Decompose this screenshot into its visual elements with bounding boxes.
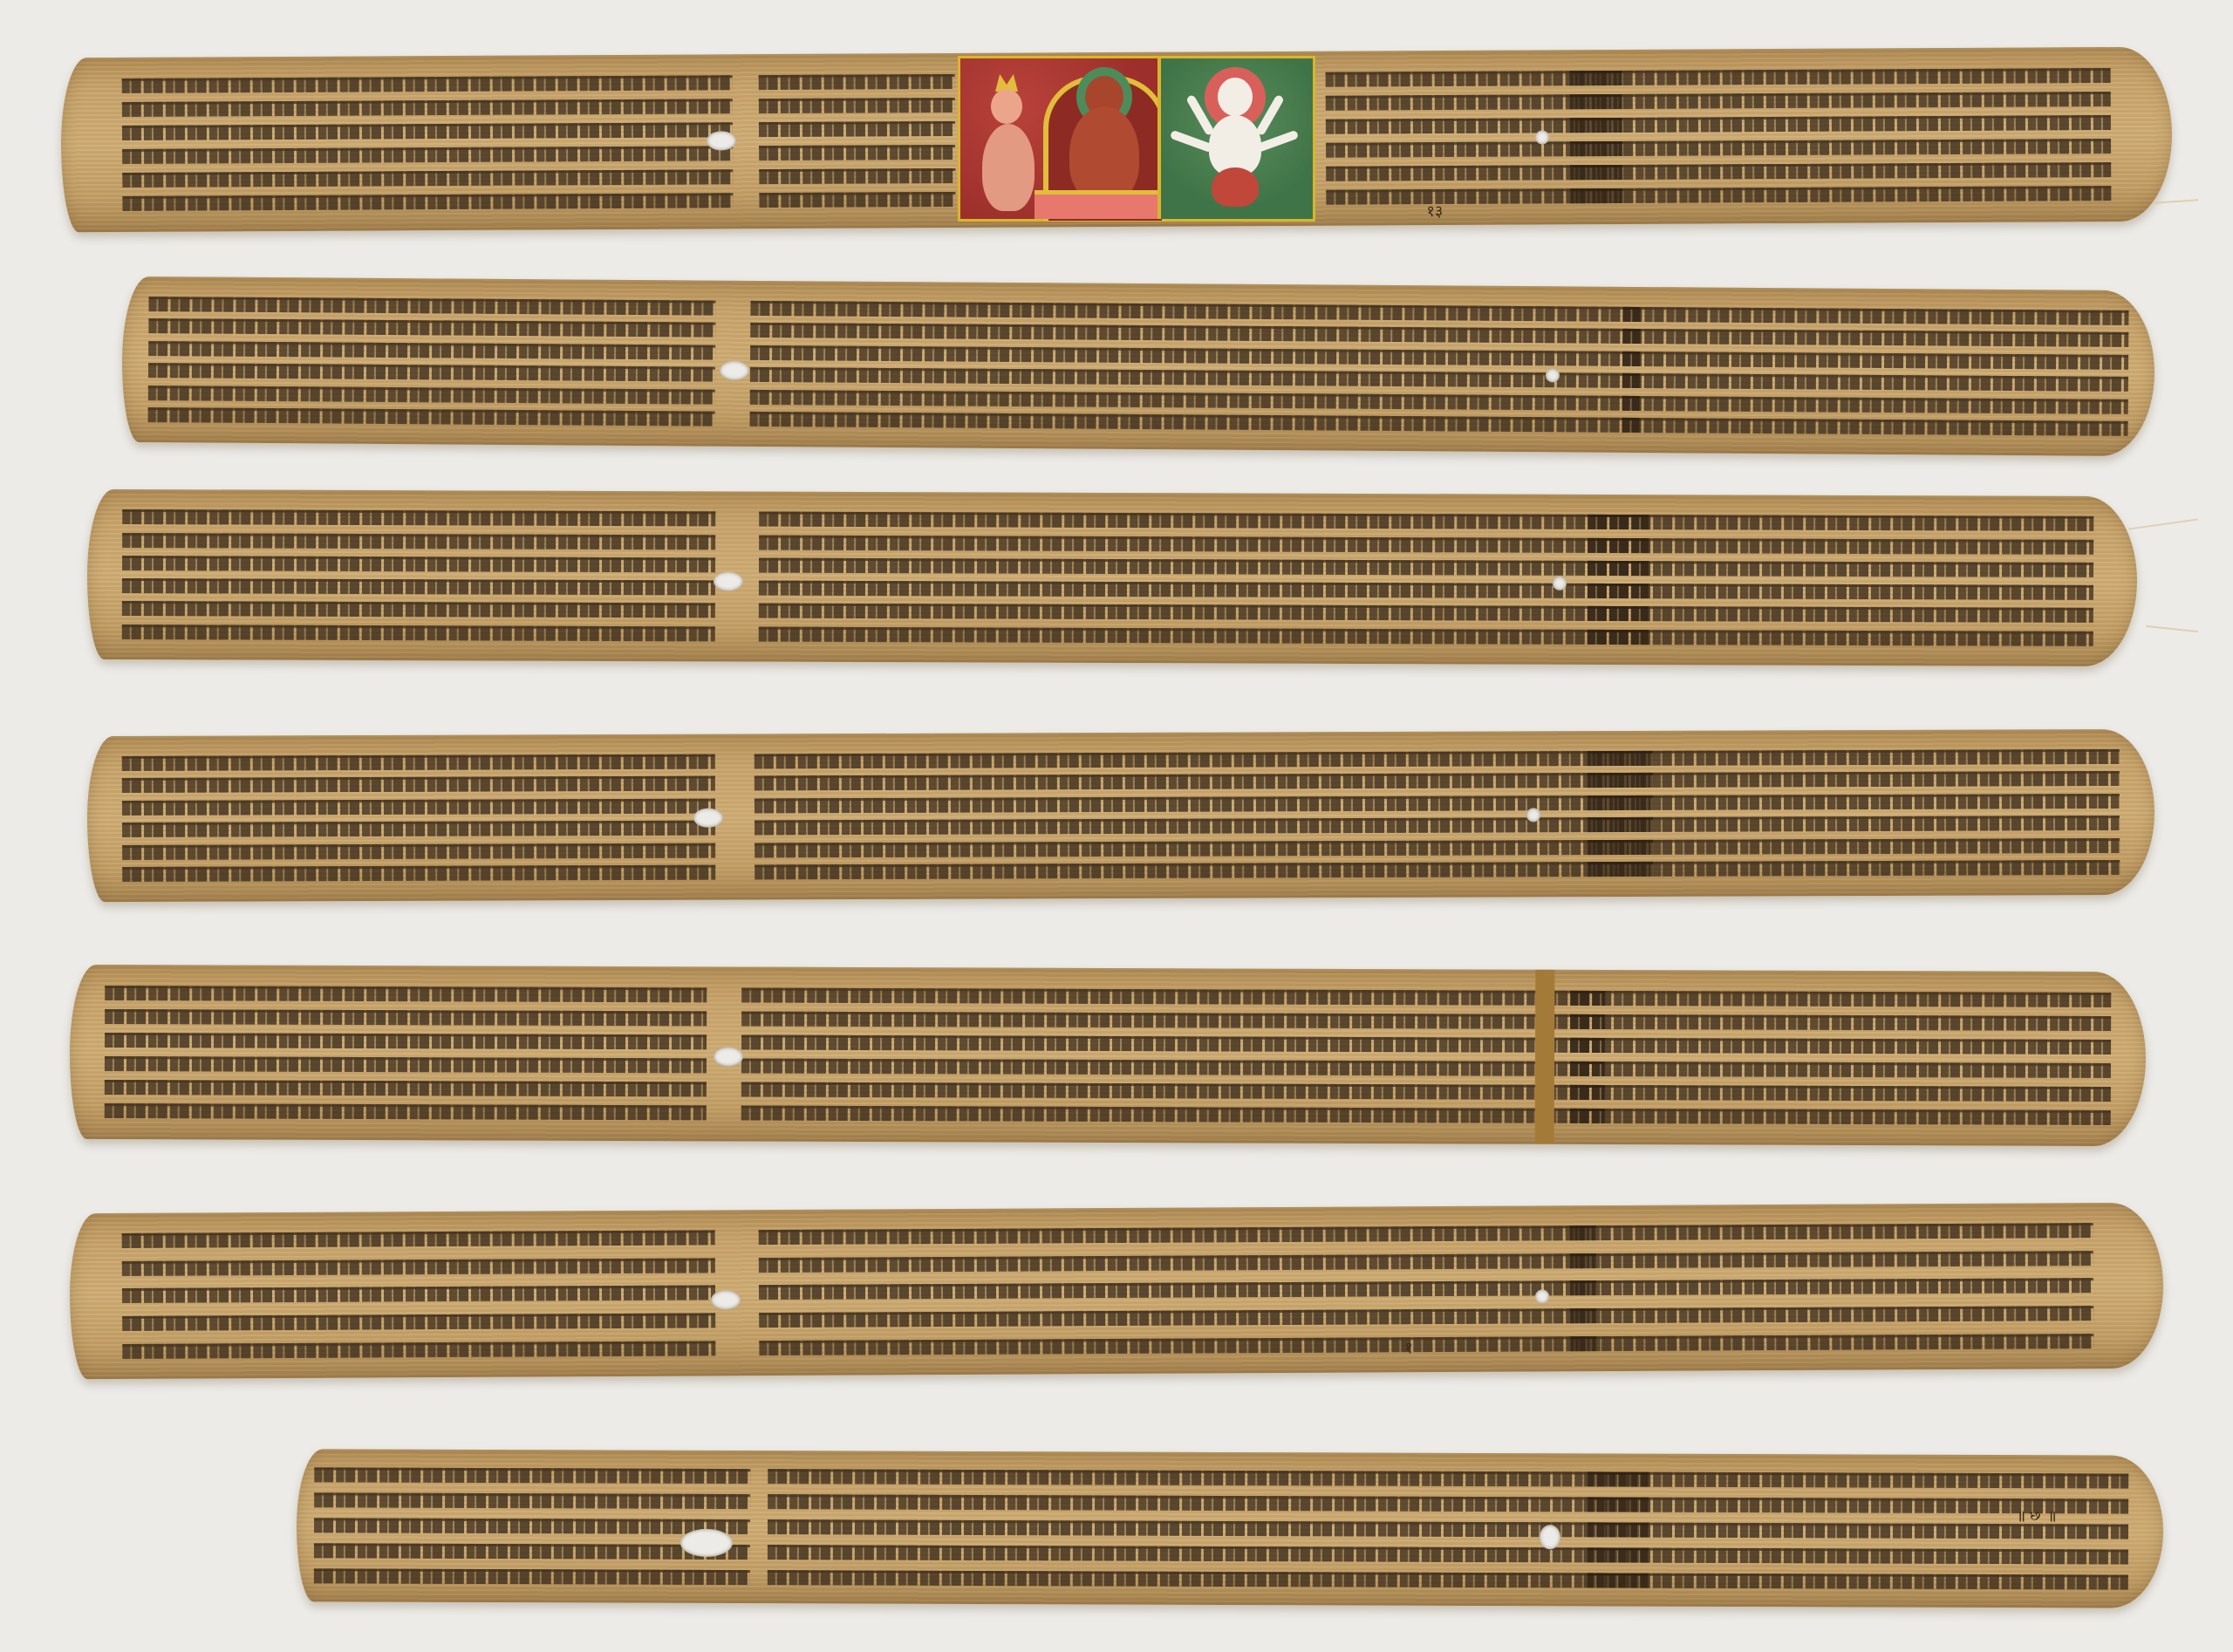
text-block-left	[105, 986, 707, 1120]
text-block-right	[1570, 1223, 2094, 1352]
devotee-body	[982, 124, 1035, 211]
colophon-mark: ॥ ꣸ ॥	[2015, 1507, 2056, 1526]
manuscript-leaf-3	[87, 489, 2138, 666]
string-hole	[720, 361, 749, 380]
text-block-mid-left	[759, 74, 956, 208]
string-hole	[1540, 1525, 1560, 1549]
manuscript-leaf-5	[70, 965, 2147, 1146]
buddha-body	[1069, 106, 1139, 202]
text-block-left	[148, 297, 716, 427]
text-block-right	[1588, 749, 2120, 877]
text-block-mid	[741, 988, 1606, 1123]
text-block-left	[314, 1467, 750, 1585]
manuscript-leaf-7: ॥ ꣸ ॥	[297, 1449, 2164, 1608]
text-block-right	[1588, 515, 2094, 645]
frayed-fibers	[2128, 518, 2198, 529]
text-block-mid	[759, 512, 1649, 645]
string-hole	[1535, 1289, 1549, 1303]
text-block-right	[1622, 307, 2128, 436]
text-block-right	[1570, 68, 2112, 203]
manuscript-leaf-2	[121, 276, 2154, 456]
illuminated-miniature	[958, 56, 1315, 222]
frayed-fibers	[2154, 199, 2198, 203]
string-hole	[711, 1290, 741, 1309]
string-hole	[714, 571, 743, 590]
text-block-left	[122, 75, 734, 211]
text-block-right	[1588, 1471, 2128, 1589]
string-hole	[1535, 130, 1549, 144]
manuscript-leaf-6: १	[70, 1203, 2164, 1380]
string-hole	[693, 809, 723, 828]
string-hole	[707, 131, 736, 150]
deity-figure	[1218, 78, 1253, 116]
lotus-seat	[1035, 190, 1165, 219]
text-block-mid	[768, 1469, 1649, 1588]
text-block-left	[122, 509, 716, 641]
repair-strip	[1535, 970, 1555, 1144]
text-block-mid	[755, 751, 1653, 880]
text-block-left	[122, 754, 715, 882]
text-block-mid	[750, 301, 1641, 433]
devotee-figure	[991, 89, 1022, 124]
string-hole	[680, 1529, 733, 1557]
deity-garment	[1212, 167, 1259, 207]
frayed-fibers	[2146, 625, 2198, 632]
red-panel	[960, 58, 1157, 219]
text-block-left	[122, 1230, 716, 1359]
green-panel	[1157, 58, 1313, 219]
manuscript-leaf-4	[87, 729, 2155, 902]
string-hole	[1526, 808, 1540, 822]
string-hole	[714, 1047, 743, 1066]
string-hole	[1553, 577, 1567, 590]
leaf-number: १३	[1426, 201, 1443, 222]
text-block-mid	[759, 1225, 1597, 1355]
text-block-right	[1570, 991, 2112, 1125]
string-hole	[1546, 368, 1560, 382]
leaf-number: १	[1404, 1337, 1413, 1358]
